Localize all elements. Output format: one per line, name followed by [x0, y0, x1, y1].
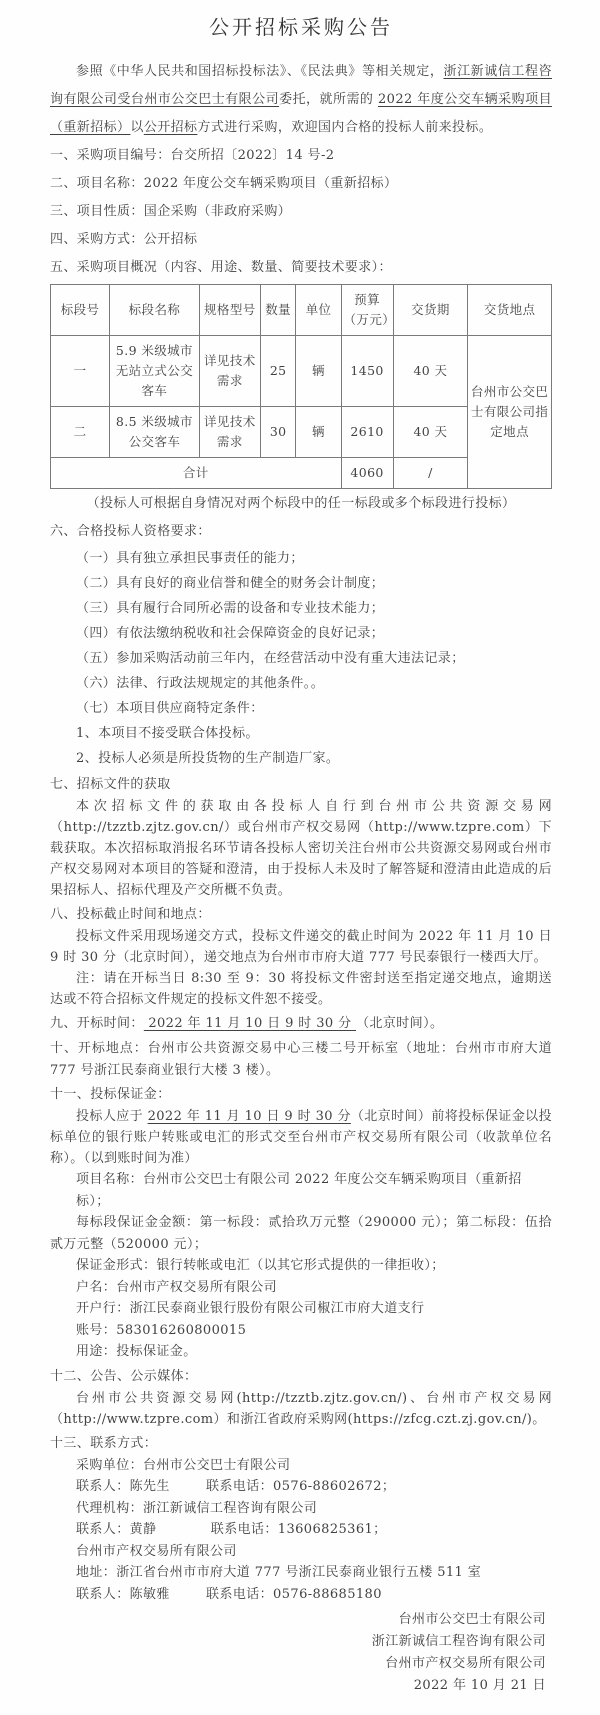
cell-budget: 2610: [341, 407, 393, 458]
cell-qty: 25: [260, 336, 296, 407]
deposit-pre: 投标人应于: [76, 1109, 148, 1124]
deposit-line-account-name: 户名：台州市产权交易所有限公司: [76, 1277, 552, 1299]
section-9-label: 九、开标时间：: [50, 1016, 144, 1031]
deposit-line-form: 保证金形式：银行转帐或电汇（以其它形式提供的一律拒收）；: [76, 1255, 552, 1277]
contact-line-agency-contact: 联系人：黄静 联系电话：13606825361；: [76, 1519, 552, 1541]
deposit-line-amount: 每标段保证金金额：第一标段：贰拾玖万元整（290000 元）；第二标段：伍拾贰万…: [50, 1212, 552, 1255]
intro-mid-2: 以: [130, 120, 143, 135]
section-10-line: 十、开标地点：台州市公共资源交易中心三楼二号开标室（地址：台州市市府大道 777…: [50, 1038, 552, 1081]
contact-line-address: 地址：浙江省台州市市府大道 777 号浙江民泰商业银行五楼 511 室: [76, 1562, 552, 1584]
section-6-heading: 六、合格投标人资格要求：: [50, 518, 552, 546]
header-budget-line2: （万元）: [344, 310, 391, 330]
deposit-line-purpose: 用途：投标保证金。: [76, 1341, 552, 1363]
signature-line-exchange: 台州市产权交易所有限公司: [50, 1653, 546, 1675]
qualification-item: （一）具有独立承担民事责任的能力；: [76, 546, 552, 571]
header-delivery-place: 交货地点: [468, 285, 552, 336]
qualification-item: （六）法律、行政法规规定的其他条件。。: [76, 671, 552, 696]
cell-lot-number: 二: [51, 407, 110, 458]
cell-lot-number: 一: [51, 336, 110, 407]
cell-lot-name: 5.9 米级城市无站立式公交客车: [110, 336, 200, 407]
qualification-item: 1、本项目不接受联合体投标。: [76, 721, 552, 746]
qualification-item: 2、投标人必须是所投货物的生产制造厂家。: [76, 746, 552, 771]
cell-unit: 辆: [296, 336, 341, 407]
cell-total-budget: 4060: [341, 458, 393, 489]
intro-tail: 方式进行采购，欢迎国内合格的投标人前来投标。: [197, 120, 492, 135]
section-8-paragraph-1: 投标文件采用现场递交方式，投标文件递交的截止时间为 2022 年 11 月 10…: [50, 926, 552, 968]
contact-line-exchange-contact: 联系人：陈敏雅 联系电话：0576-88685180: [76, 1584, 552, 1606]
intro-mid-1: 委托，就所需的: [279, 92, 378, 107]
deposit-line-project: 项目名称：台州市公交巴士有限公司 2022 年度公交车辆采购项目（重新招标）；: [76, 1169, 552, 1212]
section-9-time: 2022 年 11 月 10 日 9 时 30 分: [144, 1016, 356, 1031]
section-8-heading: 八、投标截止时间和地点：: [50, 904, 552, 926]
section-1-line: 一、采购项目编号：台交所招〔2022〕14 号-2: [50, 142, 552, 170]
section-5-heading: 五、采购项目概况（内容、用途、数量、简要技术要求）：: [50, 254, 552, 282]
section-12-body: 台州市公共资源交易网(http://tzztb.zjtz.gov.cn/)、台州…: [50, 1388, 552, 1430]
signature-line-purchaser: 台州市公交巴士有限公司: [50, 1609, 546, 1631]
table-note: （投标人可根据自身情况对两个标段中的任一标段或多个标段进行投标）: [50, 492, 552, 516]
procurement-table: 标段号 标段名称 规格型号 数量 单位 预算 （万元） 交货期 交货地点 一 5…: [50, 284, 552, 489]
cell-spec: 详见技术需求: [199, 407, 260, 458]
section-9-suffix: （北京时间）。: [356, 1016, 443, 1031]
qualification-item: （三）具有履行合同所必需的设备和专业技术能力；: [76, 596, 552, 621]
header-lot-name: 标段名称: [110, 285, 200, 336]
qualification-item: （四）有依法缴纳税收和社会保障资金的良好记录；: [76, 621, 552, 646]
section-4-line: 四、采购方式：公开招标: [50, 226, 552, 254]
contact-line-agency: 代理机构：浙江新诚信工程咨询有限公司: [76, 1498, 552, 1520]
cell-lot-name: 8.5 米级城市公交客车: [110, 407, 200, 458]
signature-line-agency: 浙江新诚信工程咨询有限公司: [50, 1631, 546, 1653]
intro-underline-3: 公开招标: [144, 120, 198, 135]
signature-block: 台州市公交巴士有限公司 浙江新诚信工程咨询有限公司 台州市产权交易所有限公司 2…: [50, 1609, 552, 1697]
section-13-heading: 十三、联系方式：: [50, 1433, 552, 1455]
contact-line-purchaser: 采购单位：台州市公交巴士有限公司: [76, 1455, 552, 1477]
qualification-item: （七）本项目供应商特定条件：: [76, 696, 552, 721]
cell-total-delivery: /: [393, 458, 468, 489]
deposit-line-bank: 开户行：浙江民泰商业银行股份有限公司椒江市府大道支行: [76, 1298, 552, 1320]
qualification-item: （五）参加采购活动前三年内，在经营活动中没有重大违法记录；: [76, 646, 552, 671]
section-7-body: 本次招标文件的获取由各投标人自行到台州市公共资源交易网（http://tzztb…: [50, 796, 552, 901]
header-budget-line1: 预算: [344, 290, 391, 310]
section-9-line: 九、开标时间： 2022 年 11 月 10 日 9 时 30 分 （北京时间）…: [50, 1013, 552, 1035]
signature-date: 2022 年 10 月 21 日: [50, 1675, 546, 1697]
cell-delivery: 40 天: [393, 407, 468, 458]
page-title: 公开招标采购公告: [50, 12, 552, 42]
intro-lead: 参照《中华人民共和国招标投标法》、《民法典》等相关规定，: [76, 64, 443, 79]
header-unit: 单位: [296, 285, 341, 336]
cell-unit: 辆: [296, 407, 341, 458]
cell-delivery: 40 天: [393, 336, 468, 407]
intro-paragraph: 参照《中华人民共和国招标投标法》、《民法典》等相关规定，浙江新诚信工程咨询有限公…: [50, 58, 552, 142]
section-11-heading: 十一、投标保证金：: [50, 1084, 552, 1106]
cell-qty: 30: [260, 407, 296, 458]
announcement-document: 公开招标采购公告 参照《中华人民共和国招标投标法》、《民法典》等相关规定，浙江新…: [0, 0, 600, 1715]
header-spec: 规格型号: [199, 285, 260, 336]
section-3-line: 三、项目性质：国企采购（非政府采购）: [50, 198, 552, 226]
header-lot-number: 标段号: [51, 285, 110, 336]
section-11-paragraph: 投标人应于 2022 年 11 月 10 日 9 时 30 分（北京时间）前将投…: [50, 1106, 552, 1169]
section-12-heading: 十二、公告、公示媒体：: [50, 1366, 552, 1388]
header-qty: 数量: [260, 285, 296, 336]
section-2-line: 二、项目名称：2022 年度公交车辆采购项目（重新招标）: [50, 170, 552, 198]
header-budget: 预算 （万元）: [341, 285, 393, 336]
deposit-line-account-number: 账号：583016260800015: [76, 1320, 552, 1342]
contact-line-purchaser-contact: 联系人：陈先生 联系电话：0576-88602672；: [76, 1476, 552, 1498]
cell-budget: 1450: [341, 336, 393, 407]
header-delivery-period: 交货期: [393, 285, 468, 336]
table-row: 一 5.9 米级城市无站立式公交客车 详见技术需求 25 辆 1450 40 天…: [51, 336, 552, 407]
section-7-heading: 七、招标文件的获取: [50, 774, 552, 796]
section-8-note: 注：请在开标当日 8:30 至 9：30 将投标文件密封送至指定递交地点，逾期送…: [50, 968, 552, 1010]
table-header-row: 标段号 标段名称 规格型号 数量 单位 预算 （万元） 交货期 交货地点: [51, 285, 552, 336]
deposit-deadline: 2022 年 11 月 10 日 9 时 30 分: [148, 1109, 351, 1124]
contact-line-exchange: 台州市产权交易所有限公司: [76, 1541, 552, 1563]
cell-total-label: 合计: [51, 458, 342, 489]
cell-delivery-place: 台州市公交巴士有限公司指定地点: [468, 336, 552, 489]
cell-spec: 详见技术需求: [199, 336, 260, 407]
qualification-item: （二）具有良好的商业信誉和健全的财务会计制度；: [76, 571, 552, 596]
